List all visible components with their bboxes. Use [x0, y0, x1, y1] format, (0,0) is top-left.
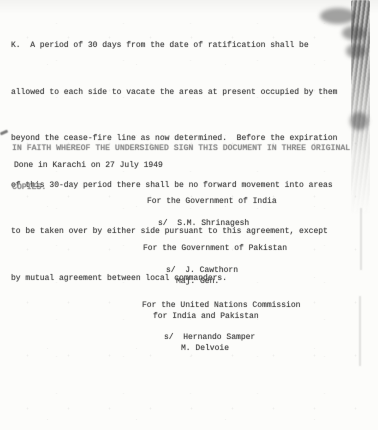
- scan-smudge-blob: [342, 26, 366, 40]
- signature-rank-pakistan: Maj. Gen.: [176, 277, 219, 287]
- right-margin-streak: [359, 296, 361, 366]
- clause-k-line: K. A period of 30 days from the date of …: [11, 38, 337, 54]
- clause-k-line: allowed to each side to vacate the areas…: [11, 85, 337, 101]
- left-margin-ink-mark: [0, 130, 8, 136]
- signature-party-india: For the Government of India: [147, 197, 277, 207]
- scan-smudge-blob: [320, 8, 356, 24]
- signature-party-un-commission-line2: for India and Pakistan: [153, 312, 259, 322]
- signature-name-un-samper: s/ Hernando Samper: [164, 333, 255, 343]
- signature-name-pakistan: s/ J. Cawthorn: [166, 266, 238, 276]
- scanned-document-page: K. A period of 30 days from the date of …: [0, 0, 378, 430]
- signature-party-pakistan: For the Government of Pakistan: [143, 244, 287, 254]
- signature-name-un-delvoie: M. Delvoie: [181, 344, 229, 354]
- dateline: Done in Karachi on 27 July 1949: [14, 161, 163, 171]
- right-margin-streak: [360, 208, 362, 270]
- scan-smudge-blob: [346, 44, 366, 58]
- attestation-line: IN FAITH WHEREOF THE UNDERSIGNED SIGN TH…: [12, 142, 350, 155]
- attestation-line: COPIES.: [12, 181, 350, 194]
- signature-name-india: s/ S.M. Shrinagesh: [158, 219, 249, 229]
- scan-smudge-blob: [350, 112, 368, 130]
- signature-party-un-commission: For the United Nations Commission: [142, 301, 300, 311]
